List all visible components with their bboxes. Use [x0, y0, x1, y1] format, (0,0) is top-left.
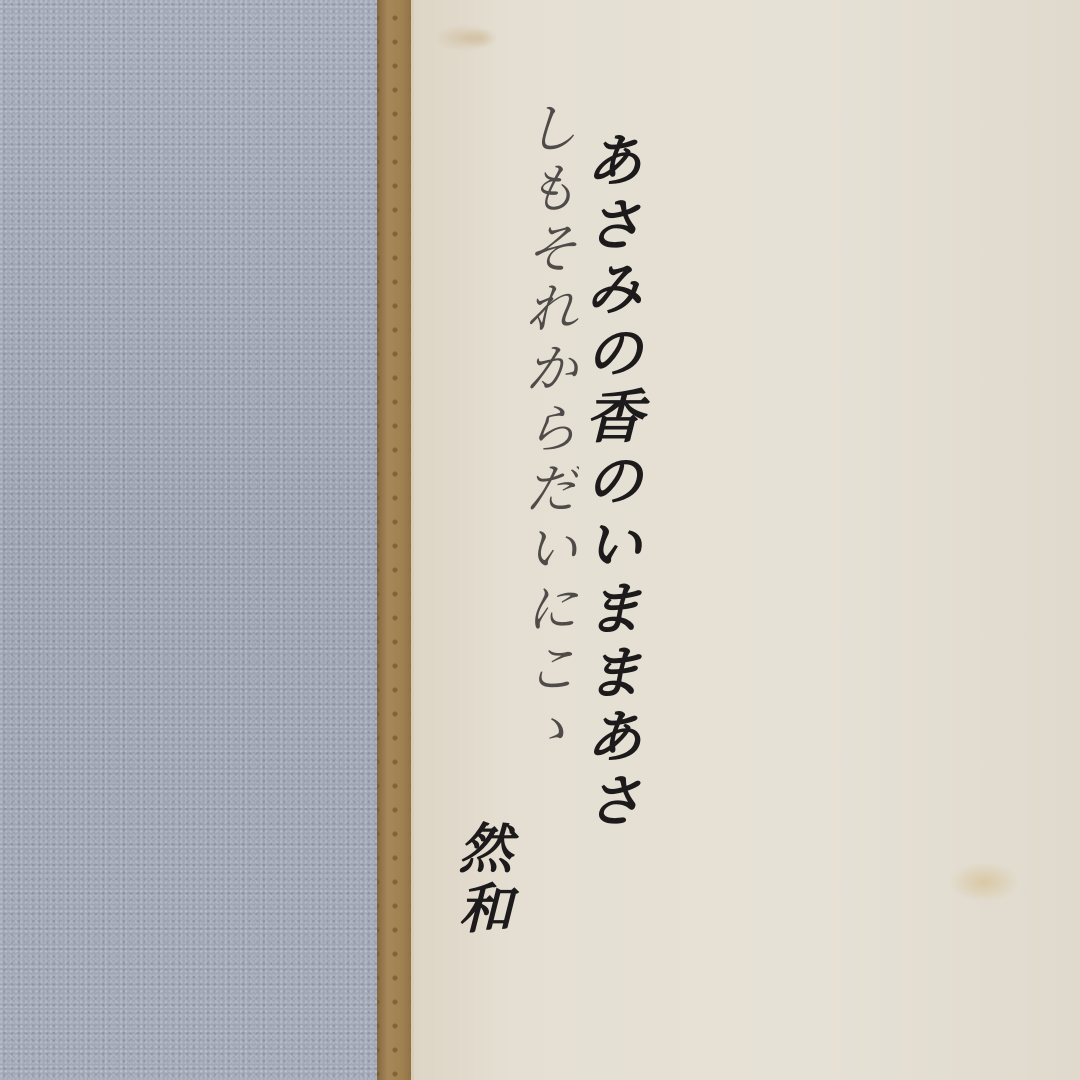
calligraphy-column-main: あさみの香のいままあさ — [580, 130, 638, 834]
scroll-silk-mounting-border — [377, 0, 413, 1080]
calligraphy-signature: 然和 — [455, 820, 509, 940]
calligraphy-column-secondary: しもそれからだいにこゝ — [520, 100, 574, 760]
textured-wall-background — [0, 0, 377, 1080]
